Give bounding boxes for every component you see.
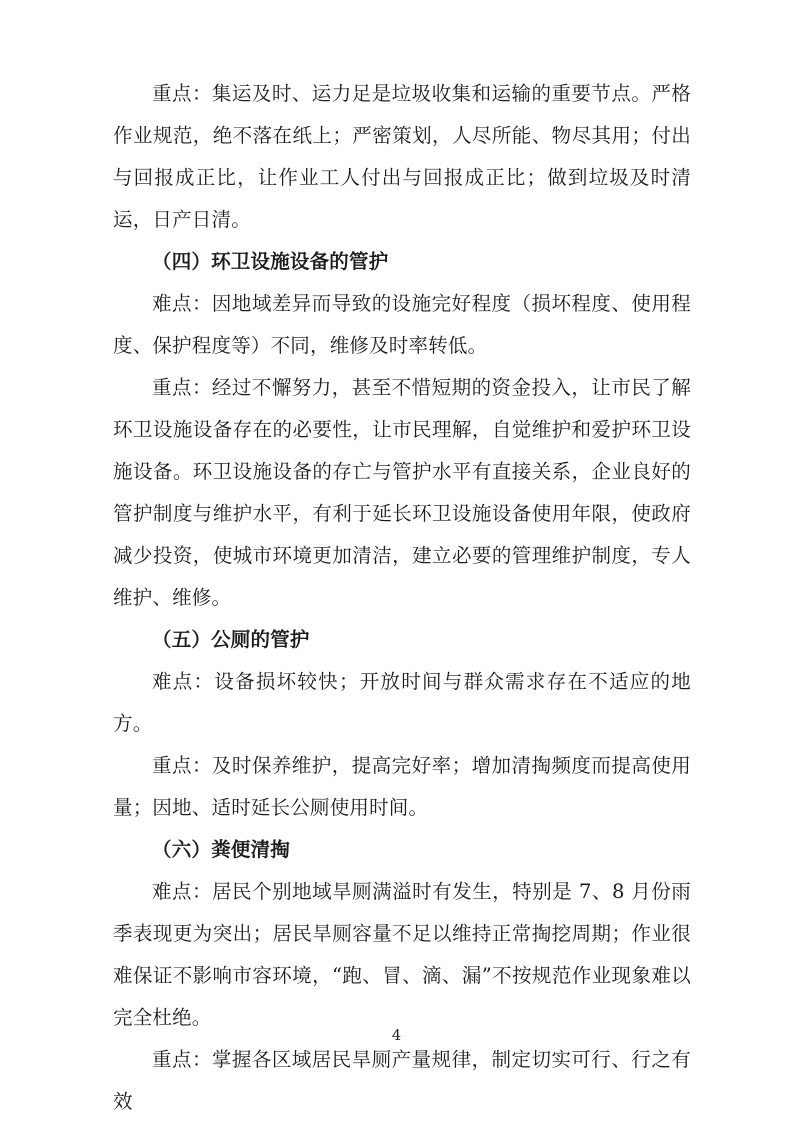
body-paragraph: 重点：集运及时、运力足是垃圾收集和运输的重要节点。严格作业规范，绝不落在纸上；严… [113, 73, 691, 241]
section-heading-5: （五）公厕的管护 [113, 619, 691, 661]
body-paragraph: 重点：经过不懈努力，甚至不惜短期的资金投入，让市民了解环卫设施设备存在的必要性，… [113, 367, 691, 619]
document-body: 重点：集运及时、运力足是垃圾收集和运输的重要节点。严格作业规范，绝不落在纸上；严… [113, 73, 691, 1122]
document-page: 重点：集运及时、运力足是垃圾收集和运输的重要节点。严格作业规范，绝不落在纸上；严… [0, 0, 793, 1122]
body-paragraph: 难点：居民个别地域旱厕满溢时有发生，特别是 7、8 月份雨季表现更为突出；居民旱… [113, 871, 691, 1039]
body-paragraph: 难点：设备损坏较快；开放时间与群众需求存在不适应的地方。 [113, 661, 691, 745]
section-heading-4: （四）环卫设施设备的管护 [113, 241, 691, 283]
section-heading-6: （六）粪便清掏 [113, 829, 691, 871]
page-number: 4 [0, 1027, 793, 1045]
body-paragraph: 重点：及时保养维护，提高完好率；增加清掏频度而提高使用量；因地、适时延长公厕使用… [113, 745, 691, 829]
body-paragraph: 难点：因地域差异而导致的设施完好程度（损坏程度、使用程度、保护程度等）不同，维修… [113, 283, 691, 367]
body-paragraph: 重点：掌握各区域居民旱厕产量规律，制定切实可行、行之有效 [113, 1039, 691, 1122]
